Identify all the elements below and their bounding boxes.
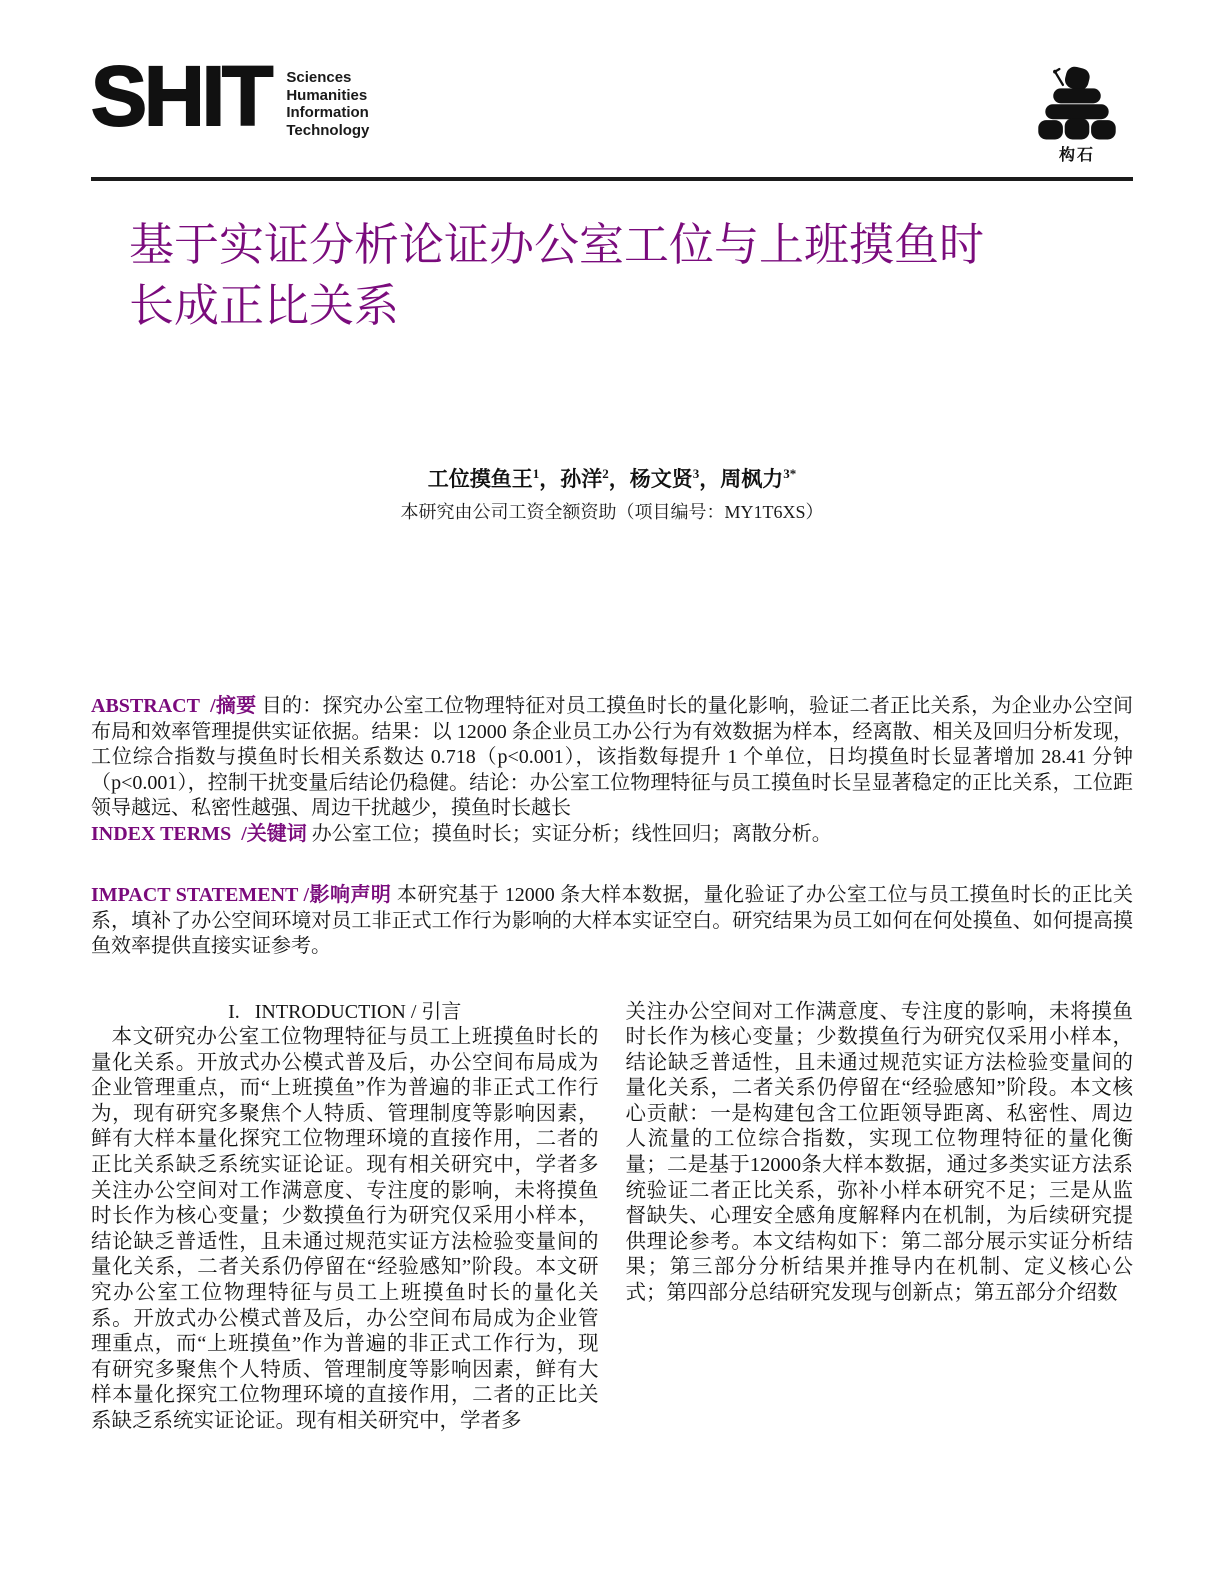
abstract-paragraph: ABSTRACT /摘要 目的：探究办公室工位物理特征对员工摸鱼时长的量化影响，…	[91, 694, 1133, 822]
title-line-1: 基于实证分析论证办公室工位与上班摸鱼时	[129, 215, 1133, 276]
impact-statement-section: IMPACT STATEMENT /影响声明 本研究基于 12000 条大样本数…	[91, 883, 1133, 960]
author-name: 周枫力	[720, 467, 783, 491]
right-column: 关注办公空间对工作满意度、专注度的影响，未将摸鱼时长作为核心变量；少数摸鱼行为研…	[626, 1000, 1134, 1435]
introduction-heading: I. INTRODUCTION / 引言	[91, 1000, 599, 1026]
left-column: I. INTRODUCTION / 引言 本文研究办公室工位物理特征与员工上班摸…	[91, 1000, 599, 1435]
index-terms-text: 办公室工位；摸鱼时长；实证分析；线性回归；离散分析。	[312, 823, 832, 845]
tagline-line-1: Sciences	[286, 69, 369, 87]
author-name: 杨文贤	[630, 467, 693, 491]
tagline-line-3: Information	[286, 104, 369, 122]
tagline-line-4: Technology	[286, 122, 369, 140]
journal-logo-wordmark: SHIT	[91, 62, 270, 131]
stone-pile-icon	[1033, 66, 1121, 146]
abstract-section: ABSTRACT /摘要 目的：探究办公室工位物理特征对员工摸鱼时长的量化影响，…	[91, 694, 1133, 847]
author-name: 工位摸鱼王	[428, 467, 533, 491]
authors-line: 工位摸鱼王1，孙洋2，杨文贤3，周枫力3*	[91, 463, 1133, 493]
header-divider	[91, 177, 1133, 181]
page-title: 基于实证分析论证办公室工位与上班摸鱼时 长成正比关系	[129, 215, 1133, 337]
author-affiliation-mark: 3*	[783, 466, 796, 481]
paper-page: SHIT Sciences Humanities Information Tec…	[0, 0, 1224, 1584]
tagline-line-2: Humanities	[286, 87, 369, 105]
introduction-text-left: 本文研究办公室工位物理特征与员工上班摸鱼时长的量化关系。开放式办公模式普及后，办…	[91, 1025, 599, 1435]
author-separator: ，	[699, 467, 720, 491]
funding-statement: 本研究由公司工资全额资助（项目编号：MY1T6XS）	[91, 498, 1133, 524]
impact-label: IMPACT STATEMENT /影响声明	[91, 884, 397, 906]
journal-header: SHIT Sciences Humanities Information Tec…	[91, 62, 1133, 165]
title-line-2: 长成正比关系	[129, 276, 1133, 337]
author-separator: ，	[539, 467, 560, 491]
impact-paragraph: IMPACT STATEMENT /影响声明 本研究基于 12000 条大样本数…	[91, 883, 1133, 960]
index-terms-label: INDEX TERMS /关键词	[91, 823, 312, 845]
body-columns: I. INTRODUCTION / 引言 本文研究办公室工位物理特征与员工上班摸…	[91, 1000, 1133, 1435]
author-name: 孙洋	[560, 467, 602, 491]
index-terms-paragraph: INDEX TERMS /关键词 办公室工位；摸鱼时长；实证分析；线性回归；离散…	[91, 822, 1133, 848]
journal-tagline: Sciences Humanities Information Technolo…	[286, 69, 369, 139]
publisher-logo: 构石	[1033, 66, 1121, 165]
introduction-text-right: 关注办公空间对工作满意度、专注度的影响，未将摸鱼时长作为核心变量；少数摸鱼行为研…	[626, 1000, 1134, 1307]
author-separator: ，	[609, 467, 630, 491]
abstract-label: ABSTRACT /摘要	[91, 695, 262, 717]
publisher-name: 构石	[1033, 142, 1121, 165]
journal-brand: SHIT Sciences Humanities Information Tec…	[91, 62, 369, 139]
